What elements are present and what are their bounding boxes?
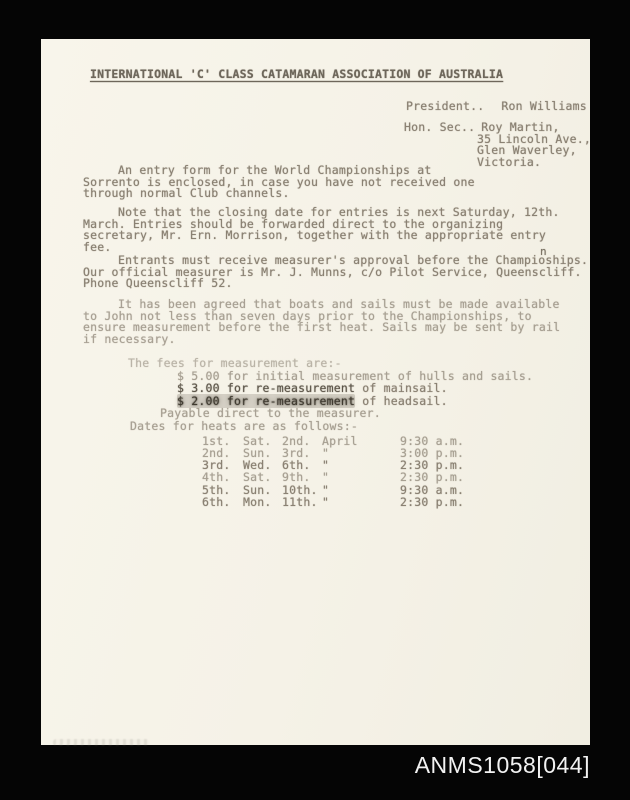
address-line: Victoria. xyxy=(477,157,591,169)
heat-time: 2:30 p.m. xyxy=(400,471,464,483)
text-line: through normal Club channels. xyxy=(83,188,475,200)
heat-day: Sat. xyxy=(243,471,282,483)
paragraph-availability: It has been agreed that boats and sails … xyxy=(83,299,560,345)
heat-ordinal: 4th. xyxy=(202,471,243,483)
heat-day: Mon. xyxy=(243,496,282,508)
fees-intro: The fees for measurement are:- xyxy=(128,357,590,370)
secretary-block: Hon. Sec..Roy Martin, 35 Lincoln Ave., G… xyxy=(404,122,591,169)
heat-time: 9:30 a.m. xyxy=(400,435,464,447)
heat-ordinal: 1st. xyxy=(202,435,243,447)
text-line: fee. xyxy=(83,242,560,254)
heat-ordinal: 6th. xyxy=(202,496,243,508)
heat-month: " xyxy=(322,471,400,483)
heat-date: 2nd. xyxy=(282,435,322,447)
heat-row: 4th.Sat.9th."2:30 p.m. xyxy=(202,471,590,483)
heat-month: " xyxy=(322,496,400,508)
heat-ordinal: 2nd. xyxy=(202,447,243,459)
secretary-address: 35 Lincoln Ave., Glen Waverley, Victoria… xyxy=(477,134,591,169)
heat-row: 2nd.Sun.3rd."3:00 p.m. xyxy=(202,447,590,459)
text-line: Phone Queenscliff 52. xyxy=(83,278,588,290)
president-name: Ron Williams xyxy=(501,99,586,113)
pencil-annotation xyxy=(53,739,149,746)
paragraph-measurer: Entrants must receive measurer's approva… xyxy=(83,255,588,290)
heats-schedule: Dates for heats are as follows:- 1st.Sat… xyxy=(41,421,590,508)
heat-time: 3:00 p.m. xyxy=(400,447,464,459)
text-line: secretary, Mr. Ern. Morrison, together w… xyxy=(83,230,560,242)
heat-month: April xyxy=(322,435,400,447)
fees-section: The fees for measurement are:- $ 5.00 fo… xyxy=(41,357,590,420)
heat-month: " xyxy=(322,447,400,459)
president-label: President.. xyxy=(406,99,484,113)
secretary-label: Hon. Sec.. xyxy=(404,120,475,134)
heat-row: 6th.Mon.11th."2:30 p.m. xyxy=(202,496,590,508)
heat-month: " xyxy=(322,484,400,496)
paragraph-closing-date: Note that the closing date for entries i… xyxy=(83,207,560,253)
text-line: if necessary. xyxy=(83,334,560,346)
heat-date: 3rd. xyxy=(282,447,322,459)
heats-intro: Dates for heats are as follows:- xyxy=(130,421,590,433)
president-line: President..Ron Williams xyxy=(406,101,587,113)
fee-amount-dark: $ 3.00 for re-measurement xyxy=(177,381,355,395)
document-page: INTERNATIONAL 'C' CLASS CATAMARAN ASSOCI… xyxy=(41,39,590,745)
heat-date: 11th. xyxy=(282,496,322,508)
document-title: INTERNATIONAL 'C' CLASS CATAMARAN ASSOCI… xyxy=(90,69,503,81)
heat-date: 9th. xyxy=(282,471,322,483)
paragraph-entry-form: An entry form for the World Championship… xyxy=(83,165,475,200)
heat-day: Sun. xyxy=(243,447,282,459)
heat-time: 2:30 p.m. xyxy=(400,496,464,508)
archive-catalogue-label: ANMS1058[044] xyxy=(415,752,590,779)
heat-day: Sat. xyxy=(243,435,282,447)
fees-footer: Payable direct to the measurer. xyxy=(160,407,590,420)
fee-line: $ 5.00 for initial measurement of hulls … xyxy=(177,370,590,383)
heat-month: " xyxy=(322,459,400,471)
heat-row: 1st.Sat.2nd.April9:30 a.m. xyxy=(202,435,590,447)
